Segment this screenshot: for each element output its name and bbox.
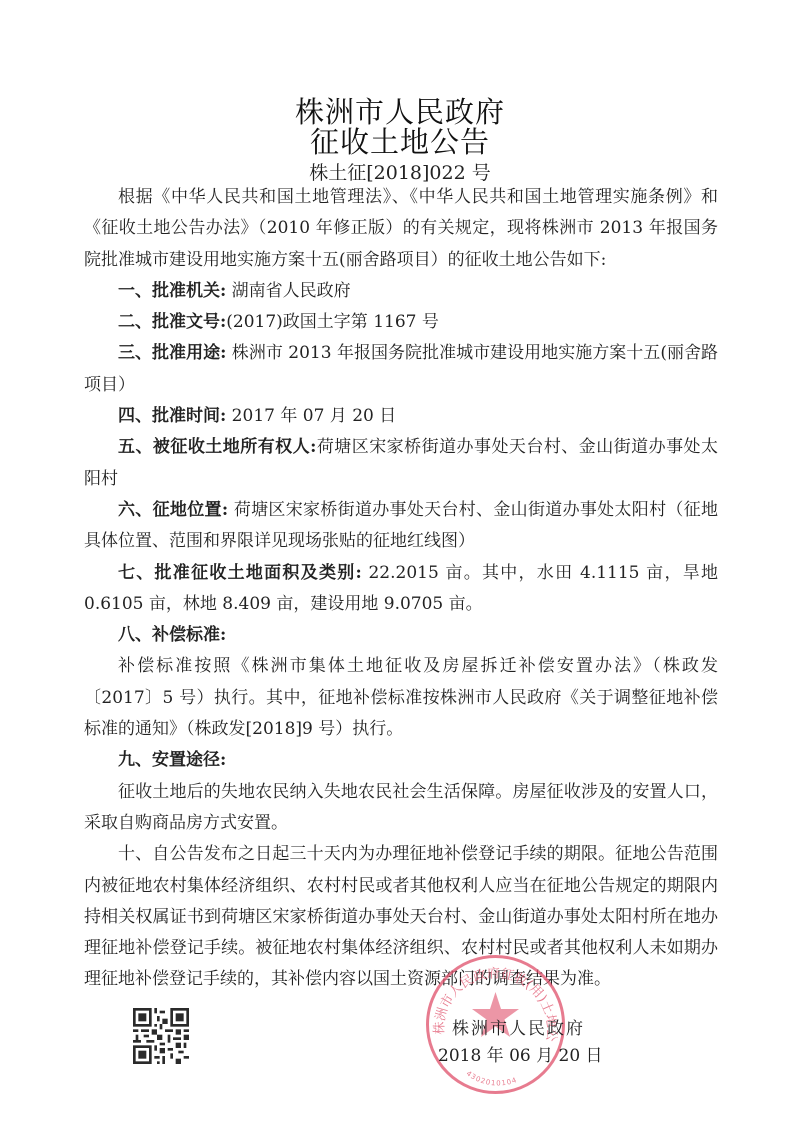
item-1: 一、批准机关: 湖南省人民政府	[84, 276, 718, 307]
svg-text:4302010104: 4302010104	[465, 1070, 519, 1088]
document-page: 株洲市人民政府 征收土地公告 株土征[2018]022 号 根据《中华人民共和国…	[0, 0, 800, 1133]
item-8-text: 补偿标准按照《株洲市集体土地征收及房屋拆迁补偿安置办法》（株政发〔2017〕5 …	[84, 651, 718, 745]
item-5: 五、被征收土地所有权人:荷塘区宋家桥街道办事处天台村、金山街道办事处太阳村	[84, 432, 718, 495]
item-6: 六、征地位置: 荷塘区宋家桥街道办事处天台村、金山街道办事处太阳村（征地具体位置…	[84, 495, 718, 558]
item-8-heading: 八、补偿标准:	[84, 620, 718, 651]
signature-organization: 株洲市人民政府	[452, 1014, 585, 1039]
document-number: 株土征[2018]022 号	[0, 158, 800, 185]
document-title-line2: 征收土地公告	[0, 120, 800, 161]
item-10: 十、自公告发布之日起三十天内为办理征地补偿登记手续的期限。征地公告范围内被征地农…	[84, 839, 718, 995]
item-3: 三、批准用途: 株洲市 2013 年报国务院批准城市建设用地实施方案十五(丽舍路…	[84, 338, 718, 401]
signature-date: 2018 年 06 月 20 日	[438, 1041, 603, 1066]
item-7: 七、批准征收土地面积及类别: 22.2015 亩。其中，水田 4.1115 亩，…	[84, 558, 718, 621]
document-body: 根据《中华人民共和国土地管理法》、《中华人民共和国土地管理实施条例》和《征收土地…	[84, 182, 718, 996]
item-4: 四、批准时间: 2017 年 07 月 20 日	[84, 401, 718, 432]
qr-code[interactable]	[133, 1008, 189, 1064]
qr-code-icon	[133, 1008, 189, 1064]
item-9-heading: 九、安置途径:	[84, 745, 718, 776]
item-2: 二、批准文号:(2017)政国土字第 1167 号	[84, 307, 718, 338]
item-9-text: 征收土地后的失地农民纳入失地农民社会生活保障。房屋征收涉及的安置人口，采取自购商…	[84, 777, 718, 840]
intro-paragraph: 根据《中华人民共和国土地管理法》、《中华人民共和国土地管理实施条例》和《征收土地…	[84, 182, 718, 276]
